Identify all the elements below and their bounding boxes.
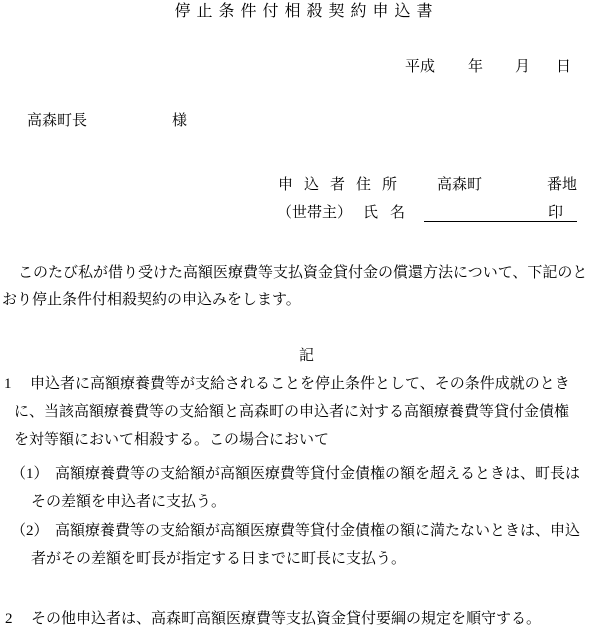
applicant-address-line: 申込者住所 高森町 番地 [0, 176, 613, 196]
document-title: 停止条件付相殺契約申込書 [0, 3, 613, 23]
subitem-1-text-1: 高額療養費等の支給額が高額医療費等貸付金債権の額を超えるときは、町長は [55, 465, 580, 483]
subitem-2-number: （2） [11, 522, 49, 540]
item-1-number: 1 [4, 375, 12, 393]
item-1-text-1: 申込者に高額療養費等が支給されることを停止条件として、その条件成就のとき [30, 375, 570, 393]
date-line: 平成 年 月 日 [0, 58, 613, 78]
subitem-1-text-2: その差額を申込者に支払う。 [31, 493, 226, 511]
subitem-2-text-1: 高額療養費等の支給額が高額医療費等貸付金債権の額に満たないときは、申込 [55, 522, 580, 540]
item-1-line-1: 1 申込者に高額療養費等が支給されることを停止条件として、その条件成就のとき [0, 375, 613, 395]
intro-line-2: おり停止条件付相殺契約の申込みをします。 [0, 291, 613, 311]
subitem-1-line-1: （1） 高額療養費等の支給額が高額医療費等貸付金債権の額を超えるときは、町長は [0, 465, 613, 485]
month-label: 月 [515, 58, 530, 76]
intro-text-2: おり停止条件付相殺契約の申込みをします。 [2, 291, 301, 309]
item-2-text-1: その他申込者は、高森町高額医療費等支払資金貸付要綱の規定を順守する。 [31, 610, 541, 628]
item-2-line-1: 2 その他申込者は、高森町高額医療費等支払資金貸付要綱の規定を順守する。 [0, 610, 613, 629]
householder-label: （世帯主） [277, 204, 352, 222]
applicant-address-value: 高森町 [437, 176, 482, 194]
subitem-2-line-2: 者がその差額を町長が指定する日までに町長に支払う。 [0, 550, 613, 570]
item-1-line-2: に、当該高額療養費等の支給額と高森町の申込者に対する高額療養費等貸付金債権 [0, 403, 613, 423]
item-1-text-2: に、当該高額療養費等の支給額と高森町の申込者に対する高額療養費等貸付金債権 [14, 403, 569, 421]
subitem-2-line-1: （2） 高額療養費等の支給額が高額医療費等貸付金債権の額に満たないときは、申込 [0, 522, 613, 542]
intro-line-1: このたび私が借り受けた高額医療費等支払資金貸付金の償還方法について、下記のと [0, 264, 613, 284]
applicant-address-label: 申込者住所 [278, 176, 408, 194]
record-marker: 記 [0, 347, 613, 367]
subitem-1-line-2: その差額を申込者に支払う。 [0, 493, 613, 513]
item-1-text-3: を対等額において相殺する。この場合において [14, 431, 329, 449]
seal-mark: 印 [548, 204, 563, 222]
addressee-name: 高森町長 [27, 112, 87, 130]
document-page: 停止条件付相殺契約申込書 平成 年 月 日 高森町長 様 申込者住所 高森町 番… [0, 0, 613, 629]
item-1-line-3: を対等額において相殺する。この場合において [0, 431, 613, 451]
day-label: 日 [556, 58, 571, 76]
addressee-honorific: 様 [172, 112, 187, 130]
subitem-1-number: （1） [11, 465, 49, 483]
year-label: 年 [468, 58, 483, 76]
subitem-2-text-2: 者がその差額を町長が指定する日までに町長に支払う。 [31, 550, 406, 568]
applicant-address-suffix: 番地 [547, 176, 577, 194]
addressee-line: 高森町長 様 [0, 112, 613, 132]
item-2-number: 2 [5, 610, 13, 628]
name-label: 氏名 [363, 204, 417, 222]
intro-text-1: このたび私が借り受けた高額医療費等支払資金貸付金の償還方法について、下記のと [18, 264, 587, 282]
era-label: 平成 [405, 58, 435, 76]
applicant-name-line: （世帯主） 氏名 印 [0, 204, 613, 224]
